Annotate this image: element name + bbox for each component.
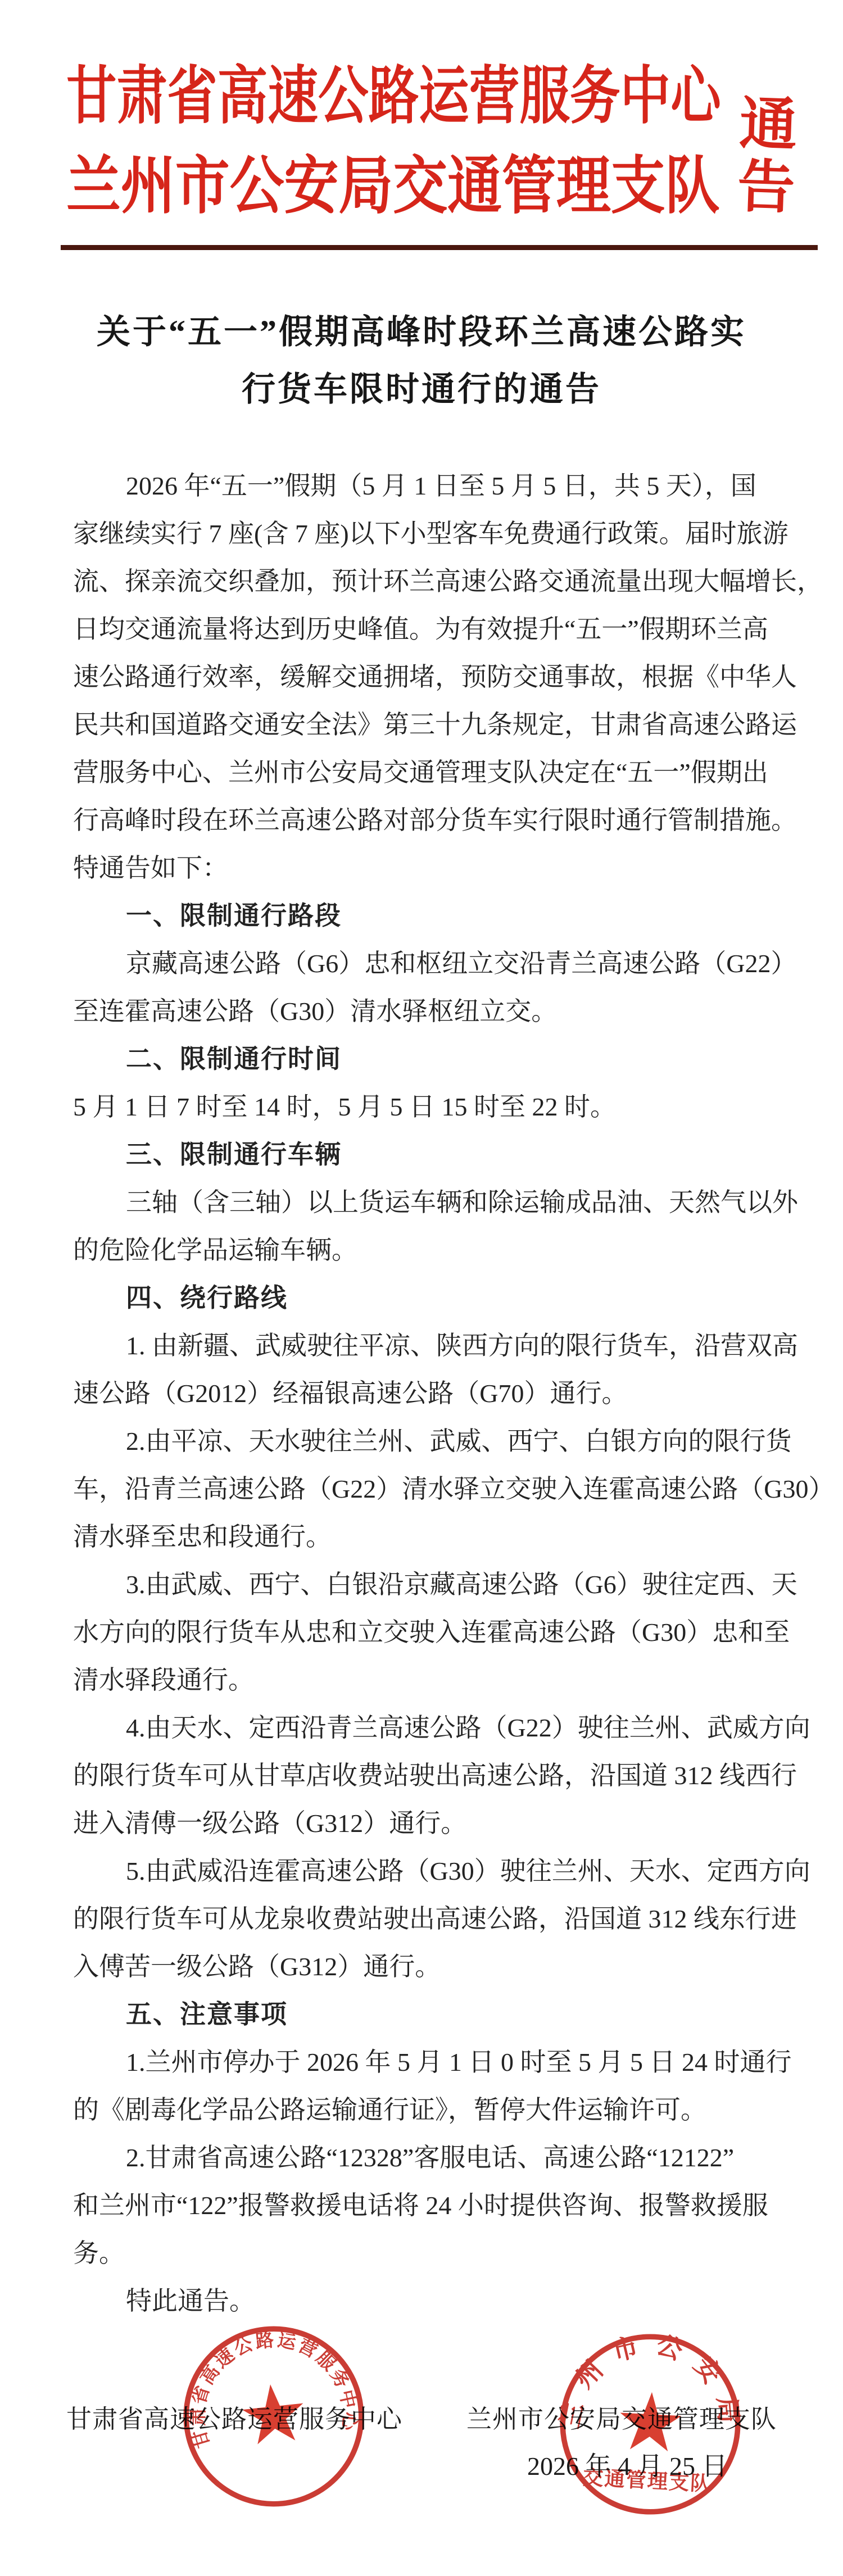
body-line: 5.由武威沿连霍高速公路（G30）驶往兰州、天水、定西方向 <box>73 1847 823 1895</box>
notice-body: 2026 年“五一”假期（5 月 1 日至 5 月 5 日，共 5 天），国 家… <box>73 462 823 2325</box>
body-line: 京藏高速公路（G6）忠和枢纽立交沿青兰高速公路（G22） <box>73 940 823 987</box>
body-line: 日均交通流量将达到历史峰值。为有效提升“五一”假期环兰高 <box>73 605 823 653</box>
body-line: 3.由武威、西宁、白银沿京藏高速公路（G6）驶往定西、天 <box>73 1561 823 1608</box>
body-line: 1. 由新疆、武威驶往平凉、陕西方向的限行货车，沿营双高 <box>73 1322 823 1369</box>
body-line: 至连霍高速公路（G30）清水驿枢纽立交。 <box>73 987 823 1035</box>
body-line: 流、探亲流交织叠加，预计环兰高速公路交通流量出现大幅增长， <box>73 557 823 605</box>
notice-title-line-2: 行货车限时通行的通告 <box>0 361 843 418</box>
issuer-line-1: 甘肃省高速公路运营服务中心 <box>66 52 721 142</box>
body-line: 清水驿段通行。 <box>73 1656 823 1704</box>
body-line: 的《剧毒化学品公路运输通行证》，暂停大件运输许可。 <box>73 2086 823 2134</box>
body-line: 三轴（含三轴）以上货运车辆和除运输成品油、天然气以外 <box>73 1178 823 1226</box>
notice-page: 甘肃省高速公路运营服务中心 兰州市公安局交通管理支队 通告 关于“五一”假期高峰… <box>0 0 843 2576</box>
star-icon <box>618 2391 682 2452</box>
body-line: 务。 <box>73 2229 823 2277</box>
body-line: 速公路（G2012）经福银高速公路（G70）通行。 <box>73 1369 823 1417</box>
body-line: 清水驿至忠和段通行。 <box>73 1513 823 1561</box>
body-line: 行高峰时段在环兰高速公路对部分货车实行限时通行管制措施。 <box>73 796 823 844</box>
section-heading-5: 五、注意事项 <box>73 1990 823 2038</box>
body-line: 的危险化学品运输车辆。 <box>73 1226 823 1274</box>
body-line: 入傅苦一级公路（G312）通行。 <box>73 1943 823 1990</box>
left-official-seal: 甘肃省高速公路运营服务中心 <box>167 2310 380 2523</box>
section-heading-1: 一、限制通行路段 <box>73 892 823 940</box>
star-icon <box>240 2381 307 2446</box>
notice-title-line-1: 关于“五一”假期高峰时段环兰高速公路实 <box>0 303 843 361</box>
section-heading-2: 二、限制通行时间 <box>73 1035 823 1083</box>
body-line: 5 月 1 日 7 时至 14 时，5 月 5 日 15 时至 22 时。 <box>73 1083 823 1131</box>
body-line: 特通告如下： <box>73 844 823 892</box>
section-heading-4: 四、绕行路线 <box>73 1274 823 1322</box>
body-line: 特此通告。 <box>73 2277 823 2325</box>
doc-type-vertical-label: 通告 <box>729 92 794 220</box>
letterhead-divider <box>61 245 818 250</box>
body-line: 2.甘肃省高速公路“12328”客服电话、高速公路“12122” <box>73 2134 823 2182</box>
body-line: 速公路通行效率，缓解交通拥堵，预防交通事故，根据《中华人 <box>73 653 823 701</box>
body-line: 1.兰州市停办于 2026 年 5 月 1 日 0 时至 5 月 5 日 24 … <box>73 2038 823 2086</box>
letterhead: 甘肃省高速公路运营服务中心 兰州市公安局交通管理支队 <box>66 52 843 232</box>
body-line: 的限行货车可从甘草店收费站驶出高速公路，沿国道 312 线西行 <box>73 1752 823 1799</box>
body-line: 2.由平凉、天水驶往兰州、武威、西宁、白银方向的限行货 <box>73 1417 823 1465</box>
section-heading-3: 三、限制通行车辆 <box>73 1131 823 1178</box>
body-line: 水方向的限行货车从忠和立交驶入连霍高速公路（G30）忠和至 <box>73 1608 823 1656</box>
body-line: 4.由天水、定西沿青兰高速公路（G22）驶往兰州、武威方向 <box>73 1704 823 1752</box>
left-seal-graphic: 甘肃省高速公路运营服务中心 <box>167 2310 380 2523</box>
seal-bottom-text: 交通管理支队 <box>582 2466 712 2496</box>
right-seal-graphic: 兰州市公安局 交通管理支队 <box>549 2323 752 2526</box>
issuer-line-2: 兰州市公安局交通管理支队 <box>66 142 774 232</box>
body-line: 家继续实行 7 座(含 7 座)以下小型客车免费通行政策。届时旅游 <box>73 510 823 557</box>
body-line: 进入清傅一级公路（G312）通行。 <box>73 1799 823 1847</box>
notice-title: 关于“五一”假期高峰时段环兰高速公路实 行货车限时通行的通告 <box>0 303 843 418</box>
body-line: 的限行货车可从龙泉收费站驶出高速公路，沿国道 312 线东行进 <box>73 1895 823 1943</box>
body-line: 车，沿青兰高速公路（G22）清水驿立交驶入连霍高速公路（G30） <box>73 1465 823 1513</box>
body-line: 营服务中心、兰州市公安局交通管理支队决定在“五一”假期出 <box>73 749 823 796</box>
body-line: 2026 年“五一”假期（5 月 1 日至 5 月 5 日，共 5 天），国 <box>73 462 823 510</box>
body-line: 民共和国道路交通安全法》第三十九条规定，甘肃省高速公路运 <box>73 701 823 749</box>
right-official-seal: 兰州市公安局 交通管理支队 <box>549 2323 752 2526</box>
body-line: 和兰州市“122”报警救援电话将 24 小时提供咨询、报警救援服 <box>73 2182 823 2229</box>
